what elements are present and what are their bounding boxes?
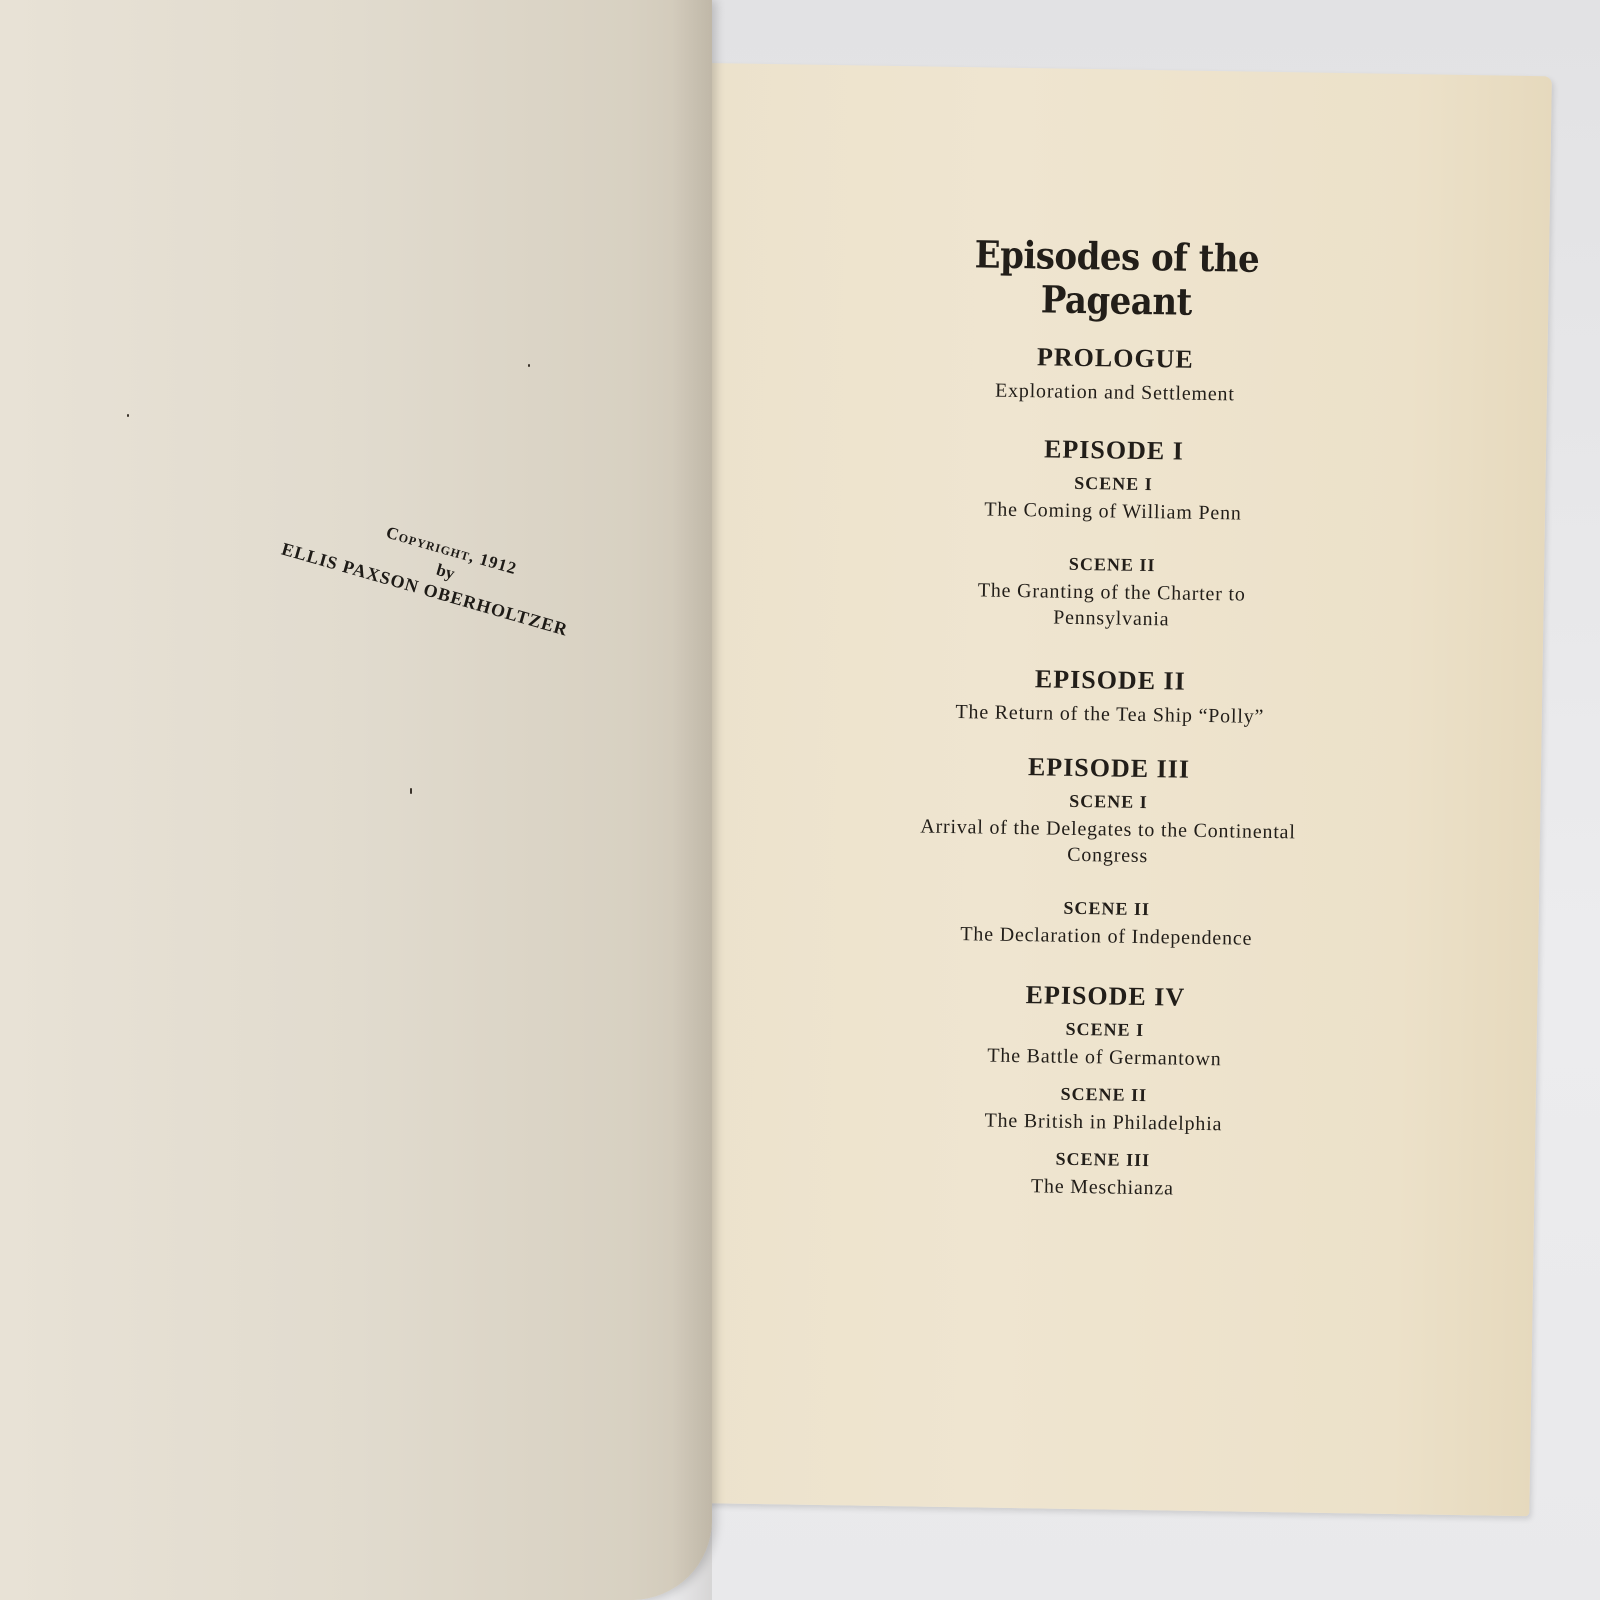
episode-heading: EPISODE III — [894, 750, 1324, 787]
episode-1-section: EPISODE I SCENE I The Coming of William … — [896, 432, 1329, 635]
page-title: Episodes of the Pageant — [901, 232, 1332, 327]
scene-title: The Battle of Germantown — [889, 1041, 1319, 1074]
scene-item: SCENE III The Meschianza — [887, 1146, 1318, 1204]
table-of-contents: Episodes of the Pageant PROLOGUE Explora… — [887, 236, 1332, 1226]
paper-speck — [410, 788, 412, 794]
paper-speck — [528, 364, 530, 367]
scene-label: SCENE I — [898, 470, 1328, 498]
left-page-copyright: Copyright, 1912 by ELLIS PAXSON OBERHOLT… — [0, 0, 712, 1600]
paper-speck — [127, 414, 129, 417]
scene-label: SCENE III — [888, 1146, 1318, 1174]
episode-3-section: EPISODE III SCENE I Arrival of the Deleg… — [891, 750, 1324, 953]
scene-item: SCENE II The British in Philadelphia — [888, 1081, 1319, 1139]
right-page-contents: Episodes of the Pageant PROLOGUE Explora… — [617, 62, 1552, 1516]
copyright-block: Copyright, 1912 by ELLIS PAXSON OBERHOLT… — [292, 500, 598, 645]
scene-item: SCENE II The Declaration of Independence — [891, 895, 1322, 953]
episode-4-section: EPISODE IV SCENE I The Battle of Germant… — [887, 978, 1320, 1204]
scene-title: The Meschianza — [887, 1171, 1317, 1204]
scene-label: SCENE II — [897, 551, 1327, 579]
scene-title: The Coming of William Penn — [898, 495, 1328, 528]
scene-item: SCENE I Arrival of the Delegates to the … — [892, 788, 1323, 872]
episode-heading: EPISODE II — [895, 662, 1325, 699]
scene-title: The British in Philadelphia — [888, 1106, 1318, 1139]
scene-label: SCENE II — [892, 895, 1322, 923]
scene-title: Arrival of the Delegates to the Continen… — [912, 813, 1303, 871]
scene-item: SCENE I The Battle of Germantown — [889, 1016, 1320, 1074]
prologue-description: Exploration and Settlement — [900, 376, 1330, 409]
scene-label: SCENE I — [893, 788, 1323, 816]
scene-title: The Granting of the Charter to Pennsylva… — [946, 577, 1277, 634]
scene-label: SCENE II — [889, 1081, 1319, 1109]
scene-title: The Declaration of Independence — [891, 920, 1321, 953]
prologue-section: PROLOGUE Exploration and Settlement — [900, 340, 1331, 409]
scene-label: SCENE I — [890, 1016, 1320, 1044]
episode-heading: EPISODE I — [899, 432, 1329, 469]
episode-description: The Return of the Tea Ship “Polly” — [895, 698, 1325, 731]
episode-heading: EPISODE IV — [890, 978, 1320, 1015]
episode-2-section: EPISODE II The Return of the Tea Ship “P… — [895, 662, 1326, 731]
prologue-heading: PROLOGUE — [900, 340, 1330, 377]
scene-item: SCENE II The Granting of the Charter to … — [896, 551, 1327, 635]
scene-item: SCENE I The Coming of William Penn — [898, 470, 1329, 528]
